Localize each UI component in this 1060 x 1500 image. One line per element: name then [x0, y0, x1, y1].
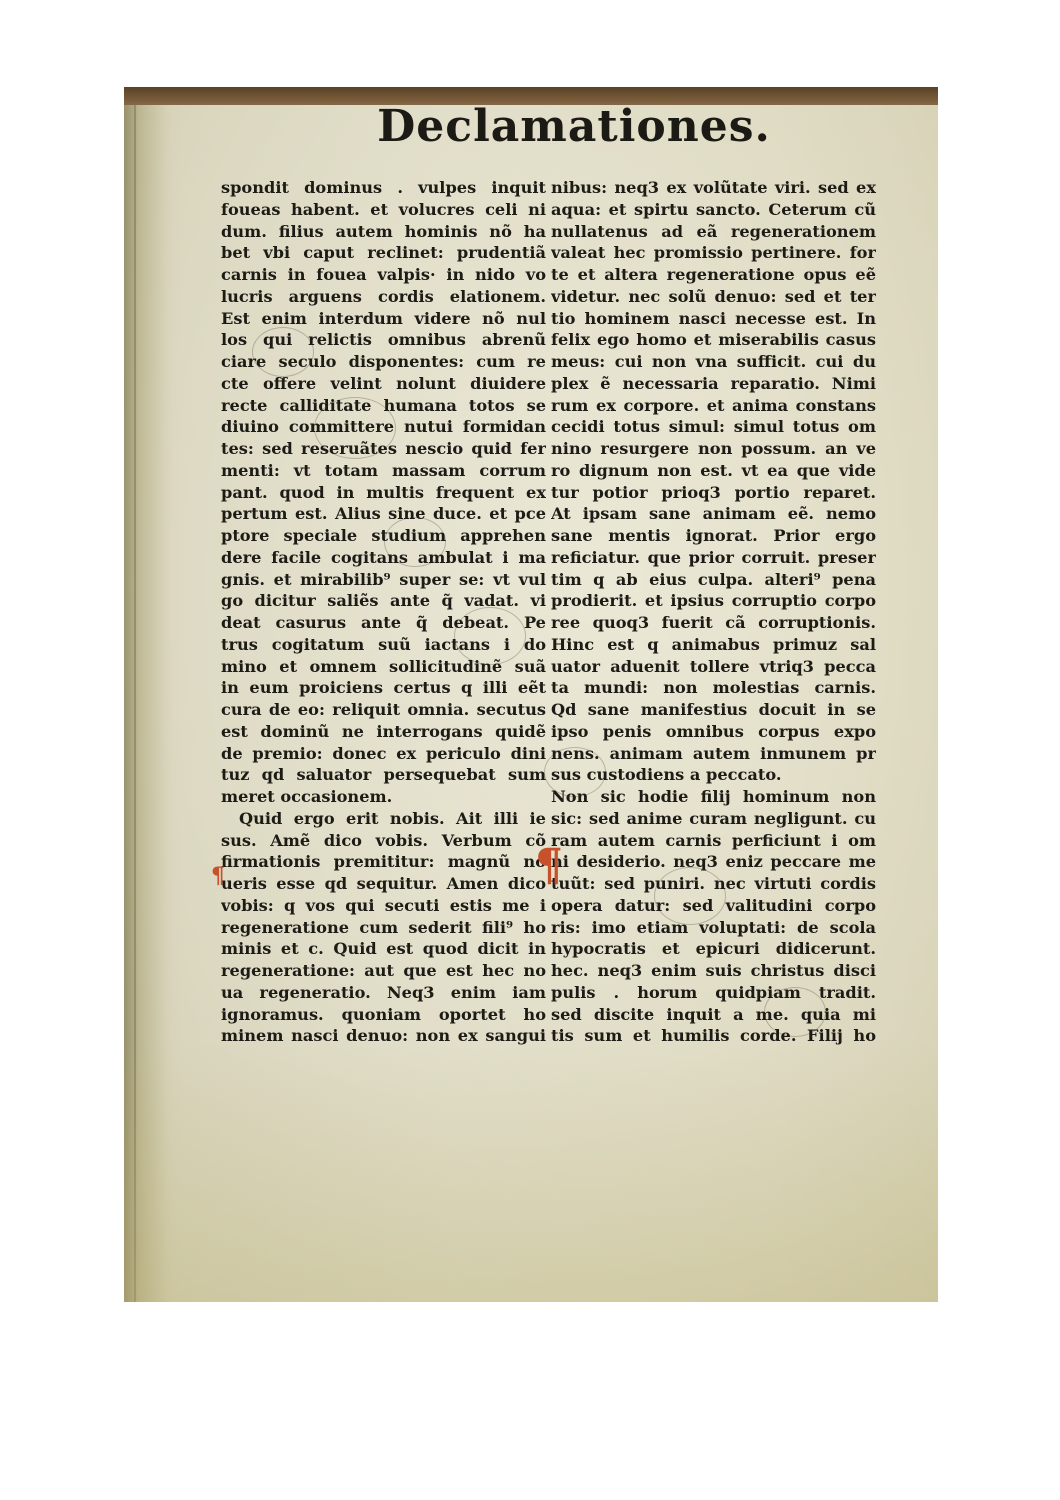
- text-line: ram autem carnis perficiunt i om: [551, 830, 876, 852]
- text-line: uator aduenit tollere vtriq3 pecca: [551, 656, 876, 678]
- rubric-paragraph-mark-icon: ¶: [535, 844, 563, 888]
- text-line: ni desiderio. neq3 eniz peccare me: [551, 851, 876, 873]
- text-line: recte calliditate humana totos se: [221, 395, 546, 417]
- text-line: meus: cui non vna sufficit. cui du: [551, 351, 876, 373]
- text-line: ciare seculo disponentes: cum re: [221, 351, 546, 373]
- text-line: sed discite inquit a me. quia mi: [551, 1004, 876, 1026]
- text-line: cecidi totus simul: simul totus om: [551, 416, 876, 438]
- text-line: tuũt: sed puniri. nec virtuti cordis: [551, 873, 876, 895]
- text-line: nullatenus ad eã regenerationem: [551, 221, 876, 243]
- text-line: diuino committere nutui formidan: [221, 416, 546, 438]
- text-line: rum ex corpore. et anima constans: [551, 395, 876, 417]
- text-line: tur potior prioq3 portio reparet.: [551, 482, 876, 504]
- text-line: foueas habent. et volucres celi ni: [221, 199, 546, 221]
- text-line: in eum proiciens certus q illi eẽt: [221, 677, 546, 699]
- page-scan: Declamationes. spondit dominus . vulpes …: [124, 87, 938, 1302]
- text-line: menti: vt totam massam corrum: [221, 460, 546, 482]
- text-column-right: nibus: neq3 ex volũtate viri. sed ex aqu…: [551, 177, 876, 1047]
- text-line: est dominũ ne interrogans quidẽ: [221, 721, 546, 743]
- text-line: bet vbi caput reclinet: prudentiã: [221, 242, 546, 264]
- text-line: de premio: donec ex periculo dini: [221, 743, 546, 765]
- text-line: ignoramus. quoniam oportet ho: [221, 1004, 546, 1026]
- text-line: hypocratis et epicuri didicerunt.: [551, 938, 876, 960]
- text-line: nens. animam autem inmunem pr: [551, 743, 876, 765]
- text-line: cte offere velint nolunt diuidere: [221, 373, 546, 395]
- text-line: tuz qd saluator persequebat sum: [221, 764, 546, 786]
- text-line: tis sum et humilis corde. Filij ho: [551, 1025, 876, 1047]
- text-column-left: spondit dominus . vulpes inquit foueas h…: [221, 177, 546, 1047]
- text-line: ipso penis omnibus corpus expo: [551, 721, 876, 743]
- text-line: minis et c. Quid est quod dicit in: [221, 938, 546, 960]
- text-line: felix ego homo et miserabilis casus: [551, 329, 876, 351]
- text-line: Non sic hodie filij hominum non: [551, 786, 876, 808]
- text-line: hec. neq3 enim suis christus disci: [551, 960, 876, 982]
- text-line: At ipsam sane animam eẽ. nemo: [551, 503, 876, 525]
- text-line: meret occasionem.: [221, 786, 546, 808]
- text-line: tim q ab eius culpa. alteri⁹ pena: [551, 569, 876, 591]
- text-line: plex ẽ necessaria reparatio. Nimi: [551, 373, 876, 395]
- text-line: sic: sed anime curam negligunt. cu: [551, 808, 876, 830]
- text-line: sus custodiens a peccato.: [551, 764, 876, 786]
- text-line: cura de eo: reliquit omnia. secutus: [221, 699, 546, 721]
- text-line: ris: imo etiam voluptati: de scola: [551, 917, 876, 939]
- text-line: nibus: neq3 ex volũtate viri. sed ex: [551, 177, 876, 199]
- text-line: gnis. et mirabilib⁹ super se: vt vul: [221, 569, 546, 591]
- text-line: vobis: q vos qui secuti estis me i: [221, 895, 546, 917]
- rubric-paragraph-mark-icon: ¶: [211, 863, 225, 889]
- text-line: Quid ergo erit nobis. Ait illi ie: [221, 808, 546, 830]
- text-line: go dicitur saliẽs ante q̃ vadat. vi: [221, 590, 546, 612]
- text-line: videtur. nec solũ denuo: sed et ter: [551, 286, 876, 308]
- text-line: tio hominem nasci necesse est. In: [551, 308, 876, 330]
- text-line: ree quoq3 fuerit cã corruptionis.: [551, 612, 876, 634]
- text-line: te et altera regeneratione opus eẽ: [551, 264, 876, 286]
- paper-discoloration: [124, 1042, 938, 1302]
- text-line: opera datur: sed valitudini corpo: [551, 895, 876, 917]
- text-line: firmationis premititur: magnũ no: [221, 851, 546, 873]
- text-line: pertum est. Alius sine duce. et pce: [221, 503, 546, 525]
- text-line: nino resurgere non possum. an ve: [551, 438, 876, 460]
- text-line: Est enim interdum videre nõ nul: [221, 308, 546, 330]
- text-line: pulis . horum quidpiam tradit.: [551, 982, 876, 1004]
- text-line: lucris arguens cordis elationem.: [221, 286, 546, 308]
- text-line: aqua: et spirtu sancto. Ceterum cũ: [551, 199, 876, 221]
- text-line: los qui relictis omnibus abrenũ: [221, 329, 546, 351]
- text-line: dum. filius autem hominis nõ ha: [221, 221, 546, 243]
- text-line: regeneratione: aut que est hec no: [221, 960, 546, 982]
- text-line: ro dignum non est. vt ea que vide: [551, 460, 876, 482]
- text-line: spondit dominus . vulpes inquit: [221, 177, 546, 199]
- text-line: sane mentis ignorat. Prior ergo: [551, 525, 876, 547]
- text-line: ptore speciale studium apprehen: [221, 525, 546, 547]
- text-line: valeat hec promissio pertinere. for: [551, 242, 876, 264]
- text-line: carnis in fouea valpis· in nido vo: [221, 264, 546, 286]
- text-line: deat casurus ante q̃ debeat. Pe: [221, 612, 546, 634]
- text-line: Qd sane manifestius docuit in se: [551, 699, 876, 721]
- text-line: prodierit. et ipsius corruptio corpo: [551, 590, 876, 612]
- text-line: Hinc est q animabus primuz sal: [551, 634, 876, 656]
- text-line: sus. Amẽ dico vobis. Verbum cõ: [221, 830, 546, 852]
- text-line: dere facile cogitans ambulat i ma: [221, 547, 546, 569]
- text-line: regeneratione cum sederit fili⁹ ho: [221, 917, 546, 939]
- text-line: minem nasci denuo: non ex sangui: [221, 1025, 546, 1047]
- text-line: pant. quod in multis frequent ex: [221, 482, 546, 504]
- running-head: Declamationes.: [374, 101, 774, 152]
- text-line: ua regeneratio. Neq3 enim iam: [221, 982, 546, 1004]
- text-line: reficiatur. que prior corruit. preser: [551, 547, 876, 569]
- text-line: mino et omnem sollicitudinẽ suã: [221, 656, 546, 678]
- text-line: tes: sed reseruãtes nescio quid fer: [221, 438, 546, 460]
- text-line: ta mundi: non molestias carnis.: [551, 677, 876, 699]
- text-line: trus cogitatum suũ iactans i do: [221, 634, 546, 656]
- text-line: ueris esse qd sequitur. Amen dico: [221, 873, 546, 895]
